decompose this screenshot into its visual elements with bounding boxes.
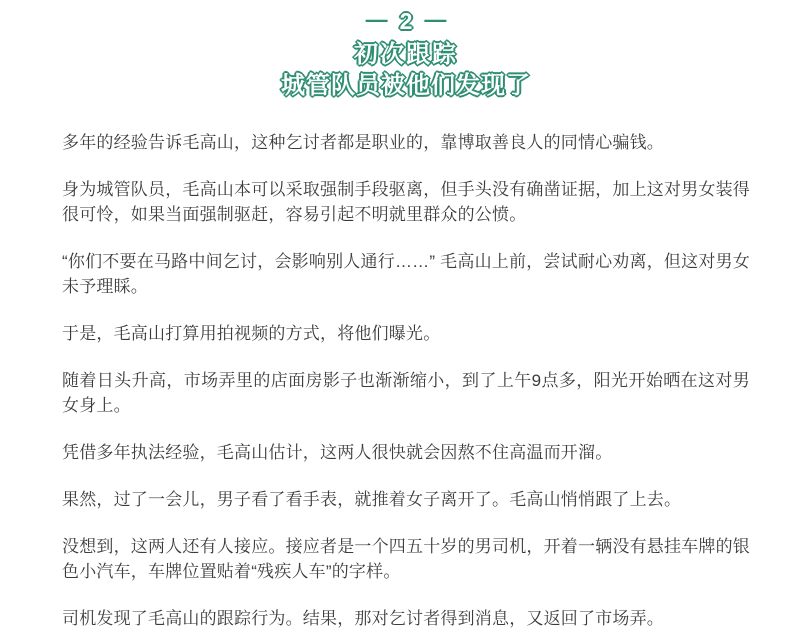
article-paragraph: 多年的经验告诉毛高山，这种乞讨者都是职业的，靠博取善良人的同情心骗钱。 bbox=[62, 130, 750, 155]
chapter-subtitle: 城管队员被他们发现了 bbox=[62, 70, 750, 101]
article-paragraph: 身为城管队员，毛高山本可以采取强制手段驱离，但手头没有确凿证据，加上这对男女装得… bbox=[62, 177, 750, 227]
left-dash: — bbox=[366, 7, 388, 32]
article-body: 多年的经验告诉毛高山，这种乞讨者都是职业的，靠博取善良人的同情心骗钱。 身为城管… bbox=[62, 130, 750, 631]
chapter-header: —2— 初次跟踪 城管队员被他们发现了 bbox=[62, 8, 750, 101]
article-page: —2— 初次跟踪 城管队员被他们发现了 多年的经验告诉毛高山，这种乞讨者都是职业… bbox=[0, 0, 810, 636]
article-paragraph: 果然，过了一会儿，男子看了看手表，就推着女子离开了。毛高山悄悄跟了上去。 bbox=[62, 487, 750, 512]
section-number-row: —2— bbox=[62, 8, 750, 35]
chapter-title: 初次跟踪 bbox=[62, 39, 750, 70]
article-paragraph: 凭借多年执法经验，毛高山估计，这两人很快就会因熬不住高温而开溜。 bbox=[62, 440, 750, 465]
article-paragraph: 司机发现了毛高山的跟踪行为。结果，那对乞讨者得到消息，又返回了市场弄。 bbox=[62, 606, 750, 631]
section-number: 2 bbox=[400, 8, 413, 34]
right-dash: — bbox=[424, 7, 446, 32]
article-paragraph: 没想到，这两人还有人接应。接应者是一个四五十岁的男司机，开着一辆没有悬挂车牌的银… bbox=[62, 534, 750, 584]
article-paragraph: 随着日头升高，市场弄里的店面房影子也渐渐缩小，到了上午9点多，阳光开始晒在这对男… bbox=[62, 368, 750, 418]
article-paragraph: “你们不要在马路中间乞讨，会影响别人通行……” 毛高山上前，尝试耐心劝离，但这对… bbox=[62, 249, 750, 299]
article-paragraph: 于是，毛高山打算用拍视频的方式，将他们曝光。 bbox=[62, 321, 750, 346]
